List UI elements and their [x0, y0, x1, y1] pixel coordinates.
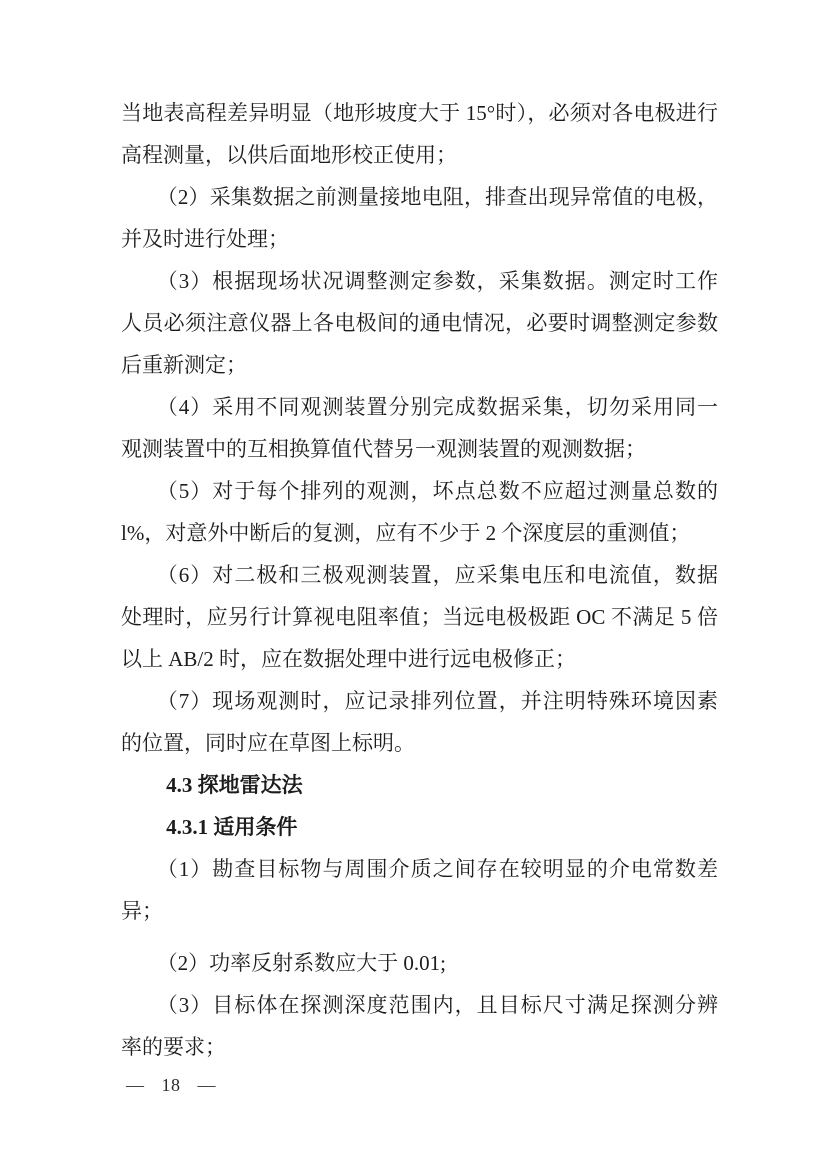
text-line: （6）对二极和三极观测装置，应采集电压和电流值，数据	[121, 554, 718, 596]
paragraph: 当地表高程差异明显（地形坡度大于 15°时），必须对各电极进行高程测量，以供后面…	[121, 92, 718, 176]
paragraph: （2）采集数据之前测量接地电阻，排查出现异常值的电极，并及时进行处理；	[121, 176, 718, 260]
text-line: （2）采集数据之前测量接地电阻，排查出现异常值的电极，	[121, 176, 718, 218]
text-line: （4）采用不同观测装置分别完成数据采集，切勿采用同一	[121, 386, 718, 428]
text-line: 并及时进行处理；	[121, 218, 718, 260]
text-line: 的位置，同时应在草图上标明。	[121, 722, 718, 764]
text-line: 后重新测定；	[121, 344, 718, 386]
section-heading-4-3-1: 4.3.1 适用条件	[121, 806, 718, 848]
text-line: 高程测量，以供后面地形校正使用；	[121, 134, 718, 176]
paragraph: （5）对于每个排列的观测，坏点总数不应超过测量总数的l%，对意外中断后的复测，应…	[121, 470, 718, 554]
paragraph: （1）勘查目标物与周围介质之间存在较明显的介电常数差异；	[121, 848, 718, 932]
text-line: 当地表高程差异明显（地形坡度大于 15°时），必须对各电极进行	[121, 92, 718, 134]
text-line: 异；	[121, 890, 718, 932]
text-line: l%，对意外中断后的复测，应有不少于 2 个深度层的重测值；	[121, 512, 718, 554]
section-heading-4-3: 4.3 探地雷达法	[121, 764, 718, 806]
paragraph: （3）根据现场状况调整测定参数，采集数据。测定时工作人员必须注意仪器上各电极间的…	[121, 260, 718, 386]
text-line: （2）功率反射系数应大于 0.01;	[121, 942, 718, 984]
paragraph: （6）对二极和三极观测装置，应采集电压和电流值，数据处理时，应另行计算视电阻率值…	[121, 554, 718, 680]
paragraph: （3）目标体在探测深度范围内，且目标尺寸满足探测分辨率的要求；	[121, 984, 718, 1068]
document-page: 当地表高程差异明显（地形坡度大于 15°时），必须对各电极进行高程测量，以供后面…	[0, 0, 826, 1169]
text-line: （7）现场观测时，应记录排列位置，并注明特殊环境因素	[121, 680, 718, 722]
page-number: — 18 —	[126, 1074, 216, 1096]
text-line: 率的要求；	[121, 1026, 718, 1068]
text-line: （5）对于每个排列的观测，坏点总数不应超过测量总数的	[121, 470, 718, 512]
text-line: 观测装置中的互相换算值代替另一观测装置的观测数据；	[121, 428, 718, 470]
text-line: 处理时，应另行计算视电阻率值；当远电极极距 OC 不满足 5 倍	[121, 596, 718, 638]
paragraph: （7）现场观测时，应记录排列位置，并注明特殊环境因素的位置，同时应在草图上标明。	[121, 680, 718, 764]
text-line: （3）目标体在探测深度范围内，且目标尺寸满足探测分辨	[121, 984, 718, 1026]
paragraph: （4）采用不同观测装置分别完成数据采集，切勿采用同一观测装置中的互相换算值代替另…	[121, 386, 718, 470]
text-line: 人员必须注意仪器上各电极间的通电情况，必要时调整测定参数	[121, 302, 718, 344]
text-line: （1）勘查目标物与周围介质之间存在较明显的介电常数差	[121, 848, 718, 890]
text-line: （3）根据现场状况调整测定参数，采集数据。测定时工作	[121, 260, 718, 302]
text-block: 当地表高程差异明显（地形坡度大于 15°时），必须对各电极进行高程测量，以供后面…	[121, 92, 718, 1068]
text-line: 以上 AB/2 时，应在数据处理中进行远电极修正；	[121, 638, 718, 680]
paragraph: （2）功率反射系数应大于 0.01;	[121, 942, 718, 984]
